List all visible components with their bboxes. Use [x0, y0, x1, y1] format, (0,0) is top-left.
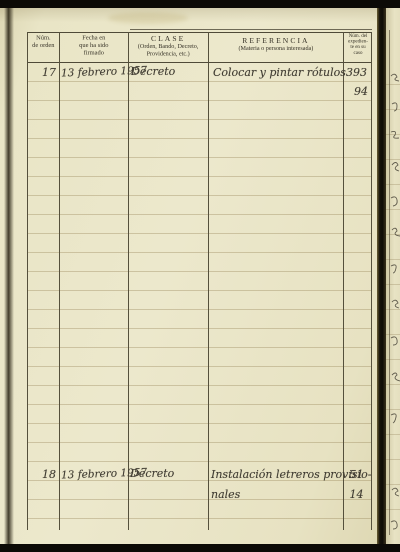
header-subtitle: (Orden, Bando, Decreto,	[129, 44, 208, 51]
table-column-divider	[27, 32, 28, 530]
table-column-divider	[371, 32, 372, 530]
header-line: de orden	[28, 42, 59, 50]
column-header-fecha: Fecha en que ha sido firmado	[60, 34, 128, 62]
scan-edge-bottom	[0, 544, 400, 552]
header-line: firmado	[60, 49, 128, 57]
header-line: que ha sido	[60, 42, 128, 50]
table-column-divider	[59, 32, 60, 530]
column-header-clase: CLASE (Orden, Bando, Decreto, Providenci…	[129, 34, 208, 62]
entry-num-orden: 17	[29, 66, 56, 79]
table-top-border-double	[130, 29, 372, 30]
handwriting-scribble	[390, 70, 400, 540]
column-header-referencia: REFERENCIA (Materia o persona interesada…	[209, 34, 343, 62]
table-column-divider	[208, 32, 209, 530]
header-subtitle: Providencia, etc.)	[129, 51, 208, 58]
header-line: caso	[344, 50, 371, 56]
entry-expediente: 94	[344, 85, 368, 98]
page-top-shading	[0, 8, 378, 22]
scan-edge-top	[0, 0, 400, 8]
entry-expediente: 14	[344, 488, 369, 501]
header-bottom-border	[27, 62, 372, 63]
book-gutter	[377, 8, 386, 544]
ink-smudge	[108, 12, 188, 24]
column-header-num-orden: Núm. de orden	[28, 34, 59, 62]
entry-expediente: 51	[344, 468, 369, 481]
entry-referencia: Colocar y pintar rótulos	[213, 66, 346, 79]
document-scan: Núm. de orden Fecha en que ha sido firma…	[0, 0, 400, 552]
ruled-lines	[28, 63, 371, 523]
header-title: REFERENCIA	[209, 36, 342, 45]
entry-expediente: 393	[344, 66, 369, 79]
page-fold-shadow	[4, 8, 14, 544]
header-title: CLASE	[129, 34, 208, 43]
header-line: Fecha en	[60, 34, 128, 42]
entry-clase: Decreto	[130, 467, 174, 480]
entry-num-orden: 18	[29, 468, 56, 481]
entry-referencia: nales	[211, 488, 240, 501]
column-header-expediente: Núm. del expedien- te en su caso	[344, 33, 371, 61]
header-subtitle: (Materia o persona interesada)	[209, 45, 342, 52]
table-top-border	[27, 32, 372, 33]
table-column-divider	[128, 32, 129, 530]
table-column-divider	[343, 32, 344, 530]
entry-clase: Decreto	[131, 65, 175, 78]
header-line: Núm.	[28, 34, 59, 42]
